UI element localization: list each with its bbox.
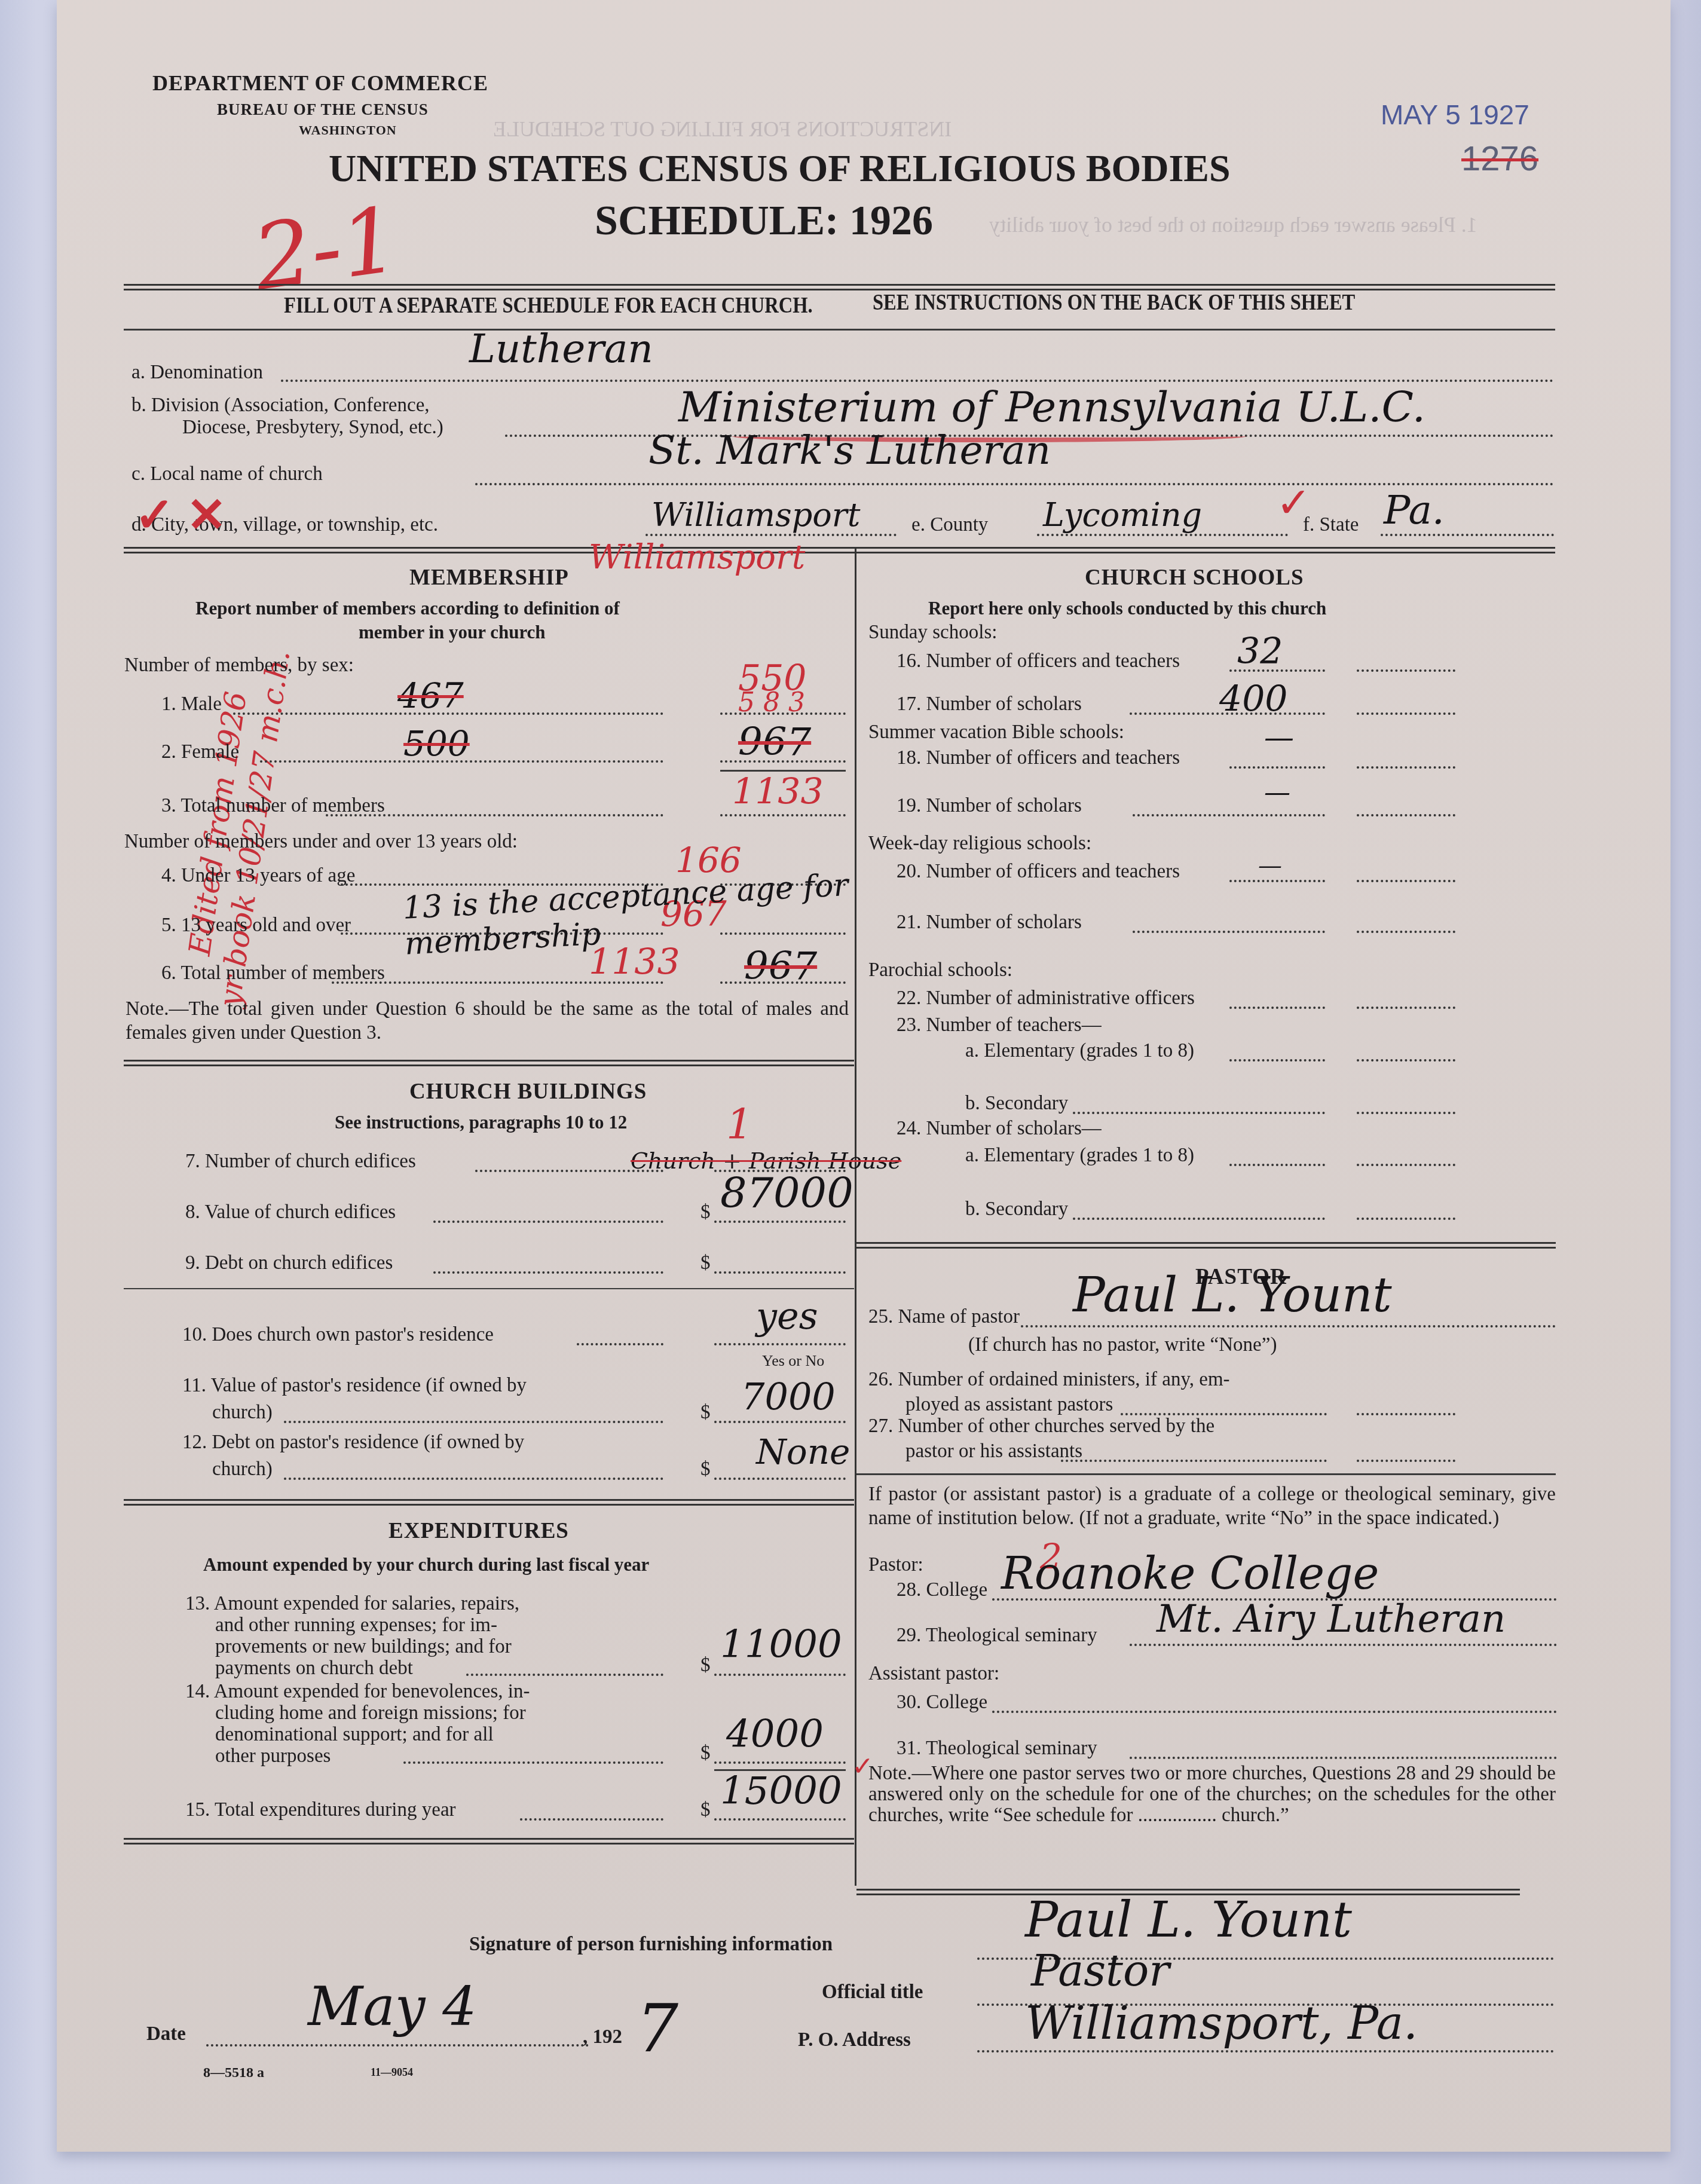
red-annotation-williamsport: Williamsport bbox=[589, 538, 805, 577]
q10-hint: Yes or No bbox=[762, 1352, 824, 1370]
weekday-schools-label: Week-day religious schools: bbox=[868, 833, 1091, 855]
local-name-label: c. Local name of church bbox=[131, 463, 323, 485]
q15-filler bbox=[520, 1818, 663, 1821]
q26-label-2: ployed as assistant pastors bbox=[905, 1394, 1113, 1416]
q24a-field[interactable] bbox=[1229, 1164, 1325, 1166]
denomination-field[interactable] bbox=[281, 380, 1554, 382]
q23b-label: b. Secondary bbox=[965, 1093, 1068, 1115]
po-address-label: P. O. Address bbox=[798, 2029, 911, 2051]
census-schedule-sheet: INSTRUCTIONS FOR FILLING OUT SCHEDULE 1.… bbox=[57, 0, 1671, 2152]
expenditures-divider bbox=[124, 1838, 854, 1840]
buildings-divider bbox=[124, 1288, 854, 1289]
q2-female-original: 500 bbox=[403, 723, 470, 764]
department-name: DEPARTMENT OF COMMERCE bbox=[152, 71, 488, 96]
q16-answer-field[interactable] bbox=[1357, 669, 1455, 672]
q18-value: — bbox=[1264, 720, 1294, 755]
church-schools-heading: CHURCH SCHOOLS bbox=[1085, 565, 1304, 591]
date-label: Date bbox=[146, 2023, 186, 2045]
schedule-number: 1276 bbox=[1461, 139, 1538, 178]
bureau-name: BUREAU OF THE CENSUS bbox=[217, 100, 429, 119]
q24b-label: b. Secondary bbox=[965, 1198, 1068, 1221]
q26-label: 26. Number of ordained ministers, if any… bbox=[868, 1369, 1230, 1391]
pastor-bottom-divider bbox=[856, 1889, 1520, 1891]
q25-pastor-name-field[interactable] bbox=[1021, 1325, 1556, 1327]
county-label: e. County bbox=[911, 514, 988, 536]
city-name: WASHINGTON bbox=[299, 123, 397, 138]
q31-label: 31. Theological seminary bbox=[897, 1738, 1097, 1760]
q14-filler bbox=[403, 1761, 663, 1764]
membership-subheading-2: member in your church bbox=[359, 622, 546, 643]
pastor-divider bbox=[856, 1473, 1556, 1475]
q13-currency: $ bbox=[700, 1654, 711, 1677]
q20-label: 20. Number of officers and teachers bbox=[897, 861, 1180, 883]
q20-field[interactable] bbox=[1229, 880, 1325, 882]
q27-field[interactable] bbox=[1061, 1460, 1327, 1462]
q30-label: 30. College bbox=[897, 1691, 987, 1714]
q12-filler bbox=[284, 1478, 663, 1480]
q23b-field[interactable] bbox=[1073, 1112, 1325, 1114]
q9-debt-filler bbox=[433, 1271, 663, 1274]
q16-value: 32 bbox=[1237, 631, 1283, 672]
q8-value-field[interactable] bbox=[714, 1221, 846, 1223]
header-divider bbox=[124, 284, 1555, 286]
q10-residence-field[interactable] bbox=[714, 1343, 846, 1345]
q24b-answer-field[interactable] bbox=[1357, 1218, 1455, 1220]
division-value: Ministerium of Pennsylvania U.L.C. bbox=[678, 383, 1425, 432]
q30-college-field[interactable] bbox=[992, 1711, 1557, 1713]
po-address-value: Williamsport, Pa. bbox=[1025, 1996, 1418, 2050]
parochial-schools-label: Parochial schools: bbox=[868, 959, 1012, 981]
denomination-value: Lutheran bbox=[469, 326, 653, 372]
expenditures-subheading: Amount expended by your church during la… bbox=[203, 1554, 649, 1576]
local-name-value: St. Mark's Lutheran bbox=[648, 427, 1051, 473]
q19-answer-field[interactable] bbox=[1357, 814, 1455, 816]
q3-total-answer-field[interactable] bbox=[720, 814, 846, 816]
instruction-separate-schedule: FILL OUT A SEPARATE SCHEDULE FOR EACH CH… bbox=[284, 293, 813, 319]
q10-filler bbox=[577, 1343, 663, 1345]
date-field[interactable] bbox=[206, 2044, 589, 2047]
bleed-through-text: 1. Please answer each question to the be… bbox=[989, 212, 1477, 237]
official-title-value: Pastor bbox=[1031, 1946, 1170, 1996]
q25-hint: (If church has no pastor, write “None”) bbox=[968, 1334, 1277, 1356]
q17-answer-field[interactable] bbox=[1357, 712, 1455, 715]
q29-seminary-field[interactable] bbox=[1130, 1644, 1557, 1646]
bleed-through-text: INSTRUCTIONS FOR FILLING OUT SCHEDULE bbox=[493, 117, 952, 142]
q26-answer-field[interactable] bbox=[1357, 1413, 1455, 1415]
q4-under-13-label: 4. Under 13 years of age bbox=[161, 865, 355, 887]
q2-right-original: 967 bbox=[738, 720, 811, 764]
q3-total-value: 1133 bbox=[732, 771, 824, 813]
po-address-field[interactable] bbox=[977, 2050, 1554, 2053]
q8-currency: $ bbox=[700, 1201, 711, 1223]
date-value: May 4 bbox=[308, 1975, 477, 2038]
q21-label: 21. Number of scholars bbox=[897, 911, 1082, 934]
q9-debt-field[interactable] bbox=[714, 1271, 846, 1274]
q11-label-2: church) bbox=[212, 1402, 273, 1424]
q8-value-label: 8. Value of church edifices bbox=[185, 1201, 396, 1223]
q21-answer-field[interactable] bbox=[1357, 931, 1455, 933]
q20-answer-field[interactable] bbox=[1357, 880, 1455, 882]
q29-label: 29. Theological seminary bbox=[897, 1625, 1097, 1647]
state-field[interactable] bbox=[1381, 534, 1554, 536]
column-divider bbox=[855, 547, 856, 1886]
received-date-stamp: MAY 5 1927 bbox=[1381, 99, 1529, 131]
q29-seminary-value: Mt. Airy Lutheran bbox=[1157, 1597, 1506, 1641]
q20-value: — bbox=[1258, 852, 1282, 879]
church-schools-subheading: Report here only schools conducted by th… bbox=[928, 598, 1326, 619]
sunday-schools-label: Sunday schools: bbox=[868, 622, 997, 644]
q22-label: 22. Number of administrative officers bbox=[897, 987, 1195, 1010]
q18-label: 18. Number of officers and teachers bbox=[897, 747, 1180, 769]
county-value: Lycoming bbox=[1043, 496, 1202, 534]
q19-label: 19. Number of scholars bbox=[897, 795, 1082, 817]
state-value: Pa. bbox=[1384, 487, 1445, 533]
q14-value: 4000 bbox=[726, 1712, 824, 1757]
church-buildings-subheading: See instructions, paragraphs 10 to 12 bbox=[335, 1112, 627, 1133]
identification-divider bbox=[124, 547, 1555, 549]
q27-answer-field[interactable] bbox=[1357, 1460, 1455, 1462]
q17-label: 17. Number of scholars bbox=[897, 693, 1082, 715]
q23b-answer-field[interactable] bbox=[1357, 1112, 1455, 1114]
membership-heading: MEMBERSHIP bbox=[409, 565, 569, 591]
q11-value-field[interactable] bbox=[714, 1421, 846, 1423]
year-prefix: , 192 bbox=[583, 2026, 622, 2048]
members-by-age-label: Number of members under and over 13 year… bbox=[124, 831, 518, 853]
q19-field[interactable] bbox=[1133, 814, 1325, 816]
q14-label: 14. Amount expended for benevolences, in… bbox=[185, 1681, 530, 1767]
q28-college-value: Roanoke College bbox=[1001, 1548, 1379, 1599]
q13-value: 11000 bbox=[720, 1623, 842, 1667]
q12-residence-debt-label: 12. Debt on pastor's residence (if owned… bbox=[182, 1431, 524, 1454]
q9-debt-label: 9. Debt on church edifices bbox=[185, 1252, 393, 1274]
q31-seminary-field[interactable] bbox=[1130, 1757, 1557, 1759]
q2-female-label: 2. Female bbox=[161, 741, 239, 763]
membership-note: Note.—The total given under Question 6 s… bbox=[126, 997, 849, 1045]
q25-label: 25. Name of pastor bbox=[868, 1306, 1020, 1328]
division-label: b. Division (Association, Conference, bbox=[131, 394, 430, 417]
q13-line: provements or new buildings; and for bbox=[185, 1636, 519, 1657]
q27-label-2: pastor or his assistants bbox=[905, 1440, 1082, 1463]
local-name-field[interactable] bbox=[475, 483, 1554, 485]
q3-total-field[interactable] bbox=[326, 814, 663, 816]
q15-value-field[interactable] bbox=[714, 1818, 846, 1821]
year-suffix-value: 7 bbox=[637, 1990, 678, 2067]
q15-total-label: 15. Total expenditures during year bbox=[185, 1799, 456, 1821]
q19-value: — bbox=[1264, 777, 1290, 807]
q11-currency: $ bbox=[700, 1402, 711, 1424]
q18-answer-field[interactable] bbox=[1357, 766, 1455, 769]
q14-value-field[interactable] bbox=[714, 1761, 846, 1764]
membership-divider bbox=[124, 1060, 854, 1062]
q10-value: yes bbox=[756, 1294, 818, 1338]
q14-currency: $ bbox=[700, 1742, 711, 1764]
q14-line: denominational support; and for all bbox=[185, 1724, 530, 1745]
denomination-label: a. Denomination bbox=[131, 362, 263, 384]
assistant-pastor-label: Assistant pastor: bbox=[868, 1663, 999, 1685]
q11-filler bbox=[284, 1421, 663, 1423]
q28-label: 28. College bbox=[897, 1579, 987, 1601]
q13-filler bbox=[466, 1674, 663, 1676]
q2-female-corrected: 583 bbox=[738, 687, 813, 718]
q11-value: 7000 bbox=[741, 1375, 836, 1418]
q14-line: 14. Amount expended for benevolences, in… bbox=[185, 1681, 530, 1702]
q6-total-value: 1133 bbox=[589, 941, 680, 983]
q13-value-field[interactable] bbox=[714, 1674, 846, 1676]
church-buildings-heading: CHURCH BUILDINGS bbox=[409, 1079, 647, 1105]
city-field[interactable] bbox=[645, 534, 897, 536]
margin-check-marks: ✓ ✕ bbox=[134, 487, 227, 543]
q12-value: None bbox=[756, 1431, 850, 1472]
summer-schools-label: Summer vacation Bible schools: bbox=[868, 721, 1124, 744]
pastor-note: Note.—Where one pastor serves two or mor… bbox=[868, 1763, 1556, 1826]
schedule-number-stamp: 1276 bbox=[1461, 139, 1538, 179]
q1-male-label: 1. Male bbox=[161, 693, 222, 715]
schedule-title: SCHEDULE: 1926 bbox=[595, 197, 933, 245]
q21-field[interactable] bbox=[1133, 931, 1325, 933]
q13-line: and other running expenses; for im- bbox=[185, 1614, 519, 1636]
q11-residence-value-label: 11. Value of pastor's residence (if owne… bbox=[182, 1375, 527, 1397]
expenditures-heading: EXPENDITURES bbox=[388, 1518, 569, 1544]
q23a-field[interactable] bbox=[1229, 1059, 1325, 1062]
q14-line: cluding home and foreign missions; for bbox=[185, 1702, 530, 1724]
q7-value: 1 bbox=[726, 1100, 753, 1149]
official-title-label: Official title bbox=[822, 1981, 923, 2003]
members-by-sex-label: Number of members, by sex: bbox=[124, 654, 354, 677]
q5-13-and-over-label: 5. 13 years old and over bbox=[161, 914, 351, 937]
q16-label: 16. Number of officers and teachers bbox=[897, 650, 1180, 672]
q25-pastor-name-value: Paul L. Yount bbox=[1073, 1267, 1392, 1323]
division-label-2: Diocese, Presbytery, Synod, etc.) bbox=[182, 417, 443, 439]
schools-divider bbox=[856, 1242, 1556, 1244]
q7-edifices-label: 7. Number of church edifices bbox=[185, 1151, 416, 1173]
signature-value: Paul L. Yount bbox=[1025, 1892, 1352, 1949]
q12-debt-field[interactable] bbox=[714, 1478, 846, 1480]
q1-male-original: 467 bbox=[397, 675, 464, 716]
q23a-answer-field[interactable] bbox=[1357, 1059, 1455, 1062]
q10-residence-label: 10. Does church own pastor's residence bbox=[182, 1324, 494, 1346]
buildings-bottom-divider bbox=[124, 1499, 854, 1501]
q9-currency: $ bbox=[700, 1252, 711, 1274]
divider bbox=[124, 329, 1555, 331]
q13-line: 13. Amount expended for salaries, repair… bbox=[185, 1593, 519, 1614]
q24a-answer-field[interactable] bbox=[1357, 1164, 1455, 1166]
q13-label: 13. Amount expended for salaries, repair… bbox=[185, 1593, 519, 1679]
graduate-instruction: If pastor (or assistant pastor) is a gra… bbox=[868, 1482, 1556, 1530]
q8-value-filler bbox=[433, 1221, 663, 1223]
q24-label: 24. Number of scholars— bbox=[897, 1118, 1102, 1140]
q15-currency: $ bbox=[700, 1799, 711, 1821]
form-title: UNITED STATES CENSUS OF RELIGIOUS BODIES bbox=[329, 146, 1231, 191]
form-number: 8—5518 a bbox=[203, 2065, 264, 2081]
state-label: f. State bbox=[1303, 514, 1359, 536]
q17-value: 400 bbox=[1219, 678, 1288, 720]
membership-subheading: Report number of members according to de… bbox=[195, 598, 620, 619]
q8-value: 87000 bbox=[720, 1169, 853, 1218]
q22-answer-field[interactable] bbox=[1357, 1007, 1455, 1009]
county-field[interactable] bbox=[1037, 534, 1288, 536]
instruction-see-back: SEE INSTRUCTIONS ON THE BACK OF THIS SHE… bbox=[873, 290, 1355, 316]
q22-field[interactable] bbox=[1229, 1007, 1325, 1009]
q6-total-original: 967 bbox=[744, 944, 817, 989]
q27-label: 27. Number of other churches served by t… bbox=[868, 1415, 1214, 1437]
city-value: Williamsport bbox=[651, 496, 860, 534]
q18-field[interactable] bbox=[1229, 766, 1325, 769]
pastor-label: Pastor: bbox=[868, 1554, 923, 1576]
q24a-label: a. Elementary (grades 1 to 8) bbox=[965, 1145, 1194, 1167]
q12-currency: $ bbox=[700, 1458, 711, 1481]
q12-label-2: church) bbox=[212, 1458, 273, 1481]
q23-label: 23. Number of teachers— bbox=[897, 1014, 1102, 1036]
q24b-field[interactable] bbox=[1073, 1218, 1325, 1220]
signature-label: Signature of person furnishing informati… bbox=[469, 1934, 833, 1956]
q23a-label: a. Elementary (grades 1 to 8) bbox=[965, 1040, 1194, 1062]
print-code: 11—9054 bbox=[371, 2066, 413, 2079]
q15-value: 15000 bbox=[720, 1769, 842, 1813]
